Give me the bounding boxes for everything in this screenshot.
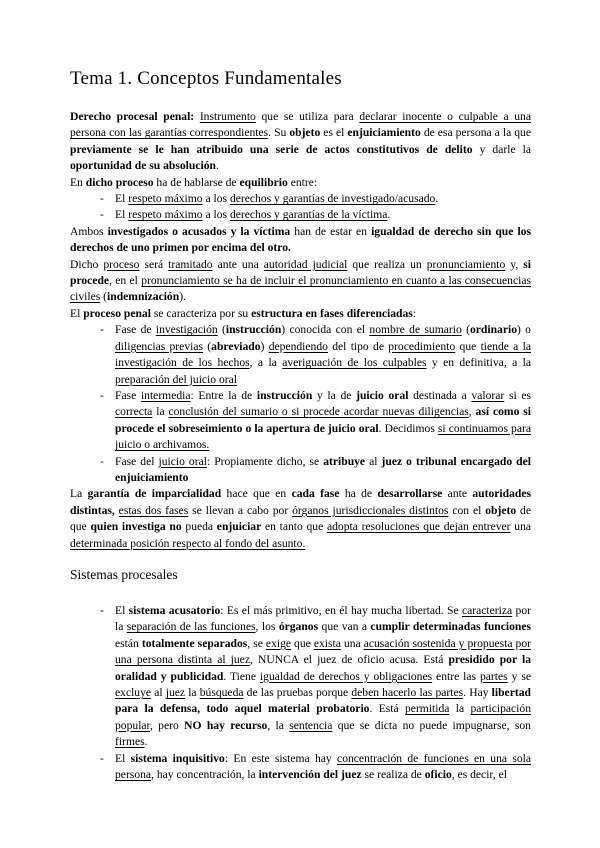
text-run: que realiza un [347, 258, 426, 271]
text-run: procedimiento [388, 340, 455, 353]
text-run: ) conocida con el [281, 323, 369, 336]
text-run: estructura en fases diferenciadas [251, 307, 413, 320]
text-run: ) o [517, 323, 531, 336]
text-run: El [115, 192, 128, 205]
paragraph: En dicho proceso ha de hablarse de equil… [70, 175, 531, 191]
text-run: derechos y garantías de investigado/acus… [230, 192, 435, 205]
text-run: intermedia [141, 389, 191, 402]
text-run: respeto máximo [128, 192, 202, 205]
text-run: ha de hablarse de [154, 176, 240, 189]
text-run: y, [505, 258, 523, 271]
text-run: permitida [405, 702, 449, 715]
text-run: que van a [318, 620, 370, 633]
text-run: El [115, 604, 129, 617]
text-run: intervención del juez [259, 768, 362, 781]
bullet-marker: - [100, 454, 104, 470]
text-run: oportunidad de su absolución [70, 159, 216, 172]
text-run: órganos jurisdiccionales distintos [292, 504, 448, 517]
text-run: Fase [115, 389, 141, 402]
text-run: instrucción [257, 389, 312, 402]
text-run: El [115, 752, 131, 765]
paragraph: La garantía de imparcialidad hace que en… [70, 486, 531, 552]
text-run: ordinario [470, 323, 517, 336]
text-run: , pero [150, 719, 184, 732]
text-run: abreviado [211, 340, 260, 353]
text-run: tramitado [168, 258, 212, 271]
bullet-marker: - [100, 751, 104, 767]
text-run: ( [218, 323, 226, 336]
text-run: , la [267, 719, 289, 732]
text-run: garantía de imparcialidad [88, 487, 222, 500]
text-run: En [70, 176, 86, 189]
text-run: . [216, 159, 219, 172]
text-run: caracteriza [462, 604, 512, 617]
text-run: quien investiga no [90, 520, 181, 533]
text-run: si es [504, 389, 531, 402]
text-run: investigados o acusados y la víctima [108, 225, 291, 238]
text-run: partes [480, 670, 508, 683]
paragraph: Dicho proceso será tramitado ante una au… [70, 257, 531, 306]
text-run: han de estar en [290, 225, 371, 238]
text-run: ha de [339, 487, 377, 500]
text-run: en tanto que [261, 520, 327, 533]
text-run: exista [314, 637, 341, 650]
text-run: separación de las funciones [127, 620, 256, 633]
document-page: Tema 1. Conceptos FundamentalesDerecho p… [0, 0, 600, 848]
text-run: , NUNCA el juez de oficio acusa. Está [250, 653, 448, 666]
text-run: La [70, 487, 88, 500]
text-run: con el [448, 504, 485, 517]
text-run: ante [442, 487, 472, 500]
text-run: autoridad judicial [264, 258, 348, 271]
text-run: excluye [115, 686, 151, 699]
text-run: sistema acusatorio [129, 604, 221, 617]
text-run: se llevan a cabo por [188, 504, 292, 517]
text-run: se realiza de [362, 768, 425, 781]
bullet-marker: - [100, 388, 104, 404]
text-run: la [185, 686, 200, 699]
text-run: . [435, 192, 438, 205]
text-run: desarrollarse [377, 487, 442, 500]
text-run: : Entre la de [191, 389, 257, 402]
text-run: exige [266, 637, 291, 650]
text-run: enjuiciamiento [347, 126, 420, 139]
text-run: adopta resoluciones que dejan entrever [327, 520, 511, 533]
text-run: están [115, 637, 142, 650]
text-run: ( [462, 323, 470, 336]
text-run: destinada a [408, 389, 471, 402]
list-item: -Fase de investigación (instrucción) con… [70, 322, 531, 388]
text-run: la [449, 702, 470, 715]
text-run: dependiendo [269, 340, 328, 353]
text-run: , los [256, 620, 279, 633]
text-run: . Está [369, 702, 405, 715]
list-item: -El respeto máximo a los derechos y gara… [70, 191, 531, 207]
text-run: juicio oral [356, 389, 408, 402]
text-run: hace que en [221, 487, 291, 500]
text-run: que [455, 340, 480, 353]
text-run: proceso [103, 258, 139, 271]
text-run: órganos [279, 620, 318, 633]
text-run: : En este sistema hay [225, 752, 337, 765]
text-run: correcta [115, 405, 152, 418]
text-run: , a la [250, 356, 283, 369]
text-run: juez [166, 686, 185, 699]
text-run: previamente se le han atribuido una seri… [70, 143, 473, 156]
text-run: sistema inquisitivo [131, 752, 225, 765]
text-run: instrucción [226, 323, 281, 336]
text-run: la [152, 405, 168, 418]
text-run: y se [508, 670, 531, 683]
text-run: : [413, 307, 416, 320]
text-run: preparación del juicio oral [115, 373, 237, 386]
text-run: firmes [115, 735, 145, 748]
text-run: ( [203, 340, 211, 353]
text-run: sentencia [289, 719, 332, 732]
document-content: Tema 1. Conceptos FundamentalesDerecho p… [70, 67, 531, 783]
bullet-marker: - [100, 603, 104, 619]
text-run: y la de [312, 389, 356, 402]
text-run: que se utiliza para [256, 110, 359, 123]
bullet-marker: - [100, 191, 104, 207]
text-run: respeto máximo [128, 208, 202, 221]
text-run: , [469, 405, 476, 418]
bullet-marker: - [100, 322, 104, 338]
text-run: conclusión del sumario o si procede acor… [168, 405, 468, 418]
text-run: totalmente separados [142, 637, 247, 650]
text-run: derechos y garantías de la víctima [230, 208, 387, 221]
text-run: de las pruebas porque [244, 686, 352, 699]
text-run: búsqueda [200, 686, 244, 699]
text-run: una [511, 520, 531, 533]
list-item: -El sistema acusatorio: Es el más primit… [70, 603, 531, 751]
text-run: atribuye [323, 455, 365, 468]
text-run: entre las [432, 670, 480, 683]
text-run: . Decidimos [379, 422, 438, 435]
text-run: . Su [268, 126, 289, 139]
text-run: NO hay recurso [184, 719, 267, 732]
text-run: dicho proceso [86, 176, 154, 189]
paragraph: Derecho procesal penal: Instrumento que … [70, 109, 531, 175]
paragraph: Ambos investigados o acusados y la vícti… [70, 224, 531, 257]
text-run: proceso penal [83, 307, 151, 320]
text-run: nombre de sumario [369, 323, 461, 336]
text-run: es el [320, 126, 347, 139]
section-heading: Sistemas procesales [70, 566, 531, 584]
text-run: se caracteriza por su [151, 307, 251, 320]
text-run: deben hacerlo las partes [351, 686, 463, 699]
text-run: oficio [425, 768, 452, 781]
text-run: Tema 1. Conceptos Fundamentales [70, 68, 342, 89]
text-run: investigación [156, 323, 218, 336]
list-item: -Fase del juicio oral: Propiamente dicho… [70, 454, 531, 487]
text-run: : Propiamente dicho, se [207, 455, 323, 468]
text-run: ). [179, 290, 186, 303]
text-run: de esa persona a la que [421, 126, 531, 139]
text-run: objeto [485, 504, 516, 517]
text-run: pronunciamiento [427, 258, 506, 271]
text-run: que se dicta no puede impugnarse, son [332, 719, 531, 732]
list-item: -El respeto máximo a los derechos y gara… [70, 207, 531, 223]
text-run: será [139, 258, 168, 271]
text-run: determinada posición respecto al fondo d… [70, 537, 305, 550]
text-run: Dicho [70, 258, 103, 271]
text-run: averiguación de los culpables [282, 356, 426, 369]
text-run: y darle la [473, 143, 531, 156]
text-run: , se [247, 637, 266, 650]
text-run: valorar [471, 389, 504, 402]
text-run: . [145, 735, 148, 748]
text-run: enjuiciar [217, 520, 261, 533]
list-item: -El sistema inquisitivo: En este sistema… [70, 751, 531, 784]
text-run: que [291, 637, 314, 650]
list-item: -Fase intermedia: Entre la de instrucció… [70, 388, 531, 454]
text-run: ante una [213, 258, 264, 271]
bullet-marker: - [100, 207, 104, 223]
paragraph: El proceso penal se caracteriza por su e… [70, 306, 531, 322]
text-run: una [341, 637, 364, 650]
text-run: , es decir, el [452, 768, 507, 781]
text-run: cada fase [292, 487, 340, 500]
text-run: y en definitiva, a la [427, 356, 532, 369]
text-run: del tipo de [328, 340, 388, 353]
text-run: objeto [289, 126, 320, 139]
text-run: al [151, 686, 166, 699]
text-run: a los [203, 192, 230, 205]
text-run: El [70, 307, 83, 320]
text-run: a los [203, 208, 230, 221]
text-run: , hay concentración, la [151, 768, 259, 781]
text-run: Instrumento [200, 110, 256, 123]
text-run: : Es el más primitivo, en él hay mucha l… [220, 604, 462, 617]
text-run: igualdad de derechos y obligaciones [260, 670, 432, 683]
text-run: estas dos fases [119, 504, 189, 517]
text-run: equilibrio [239, 176, 287, 189]
text-run: entre: [288, 176, 317, 189]
text-run: Fase de [115, 323, 156, 336]
text-run: Ambos [70, 225, 108, 238]
text-run: . Hay [463, 686, 492, 699]
text-run: cumplir determinadas funciones [370, 620, 531, 633]
text-run: indemnización [107, 290, 179, 303]
text-run: juicio oral [158, 455, 206, 468]
document-title: Tema 1. Conceptos Fundamentales [70, 67, 531, 91]
text-run: Derecho procesal penal: [70, 110, 200, 123]
text-run: . [387, 208, 390, 221]
text-run: El [115, 208, 128, 221]
text-run: . Tiene [223, 670, 260, 683]
text-run: , en el [109, 274, 141, 287]
text-run: Sistemas procesales [70, 567, 178, 582]
text-run: ) [261, 340, 269, 353]
text-run: Fase del [115, 455, 158, 468]
text-run: diligencias previas [115, 340, 203, 353]
text-run: al [365, 455, 381, 468]
text-run: pueda [182, 520, 217, 533]
